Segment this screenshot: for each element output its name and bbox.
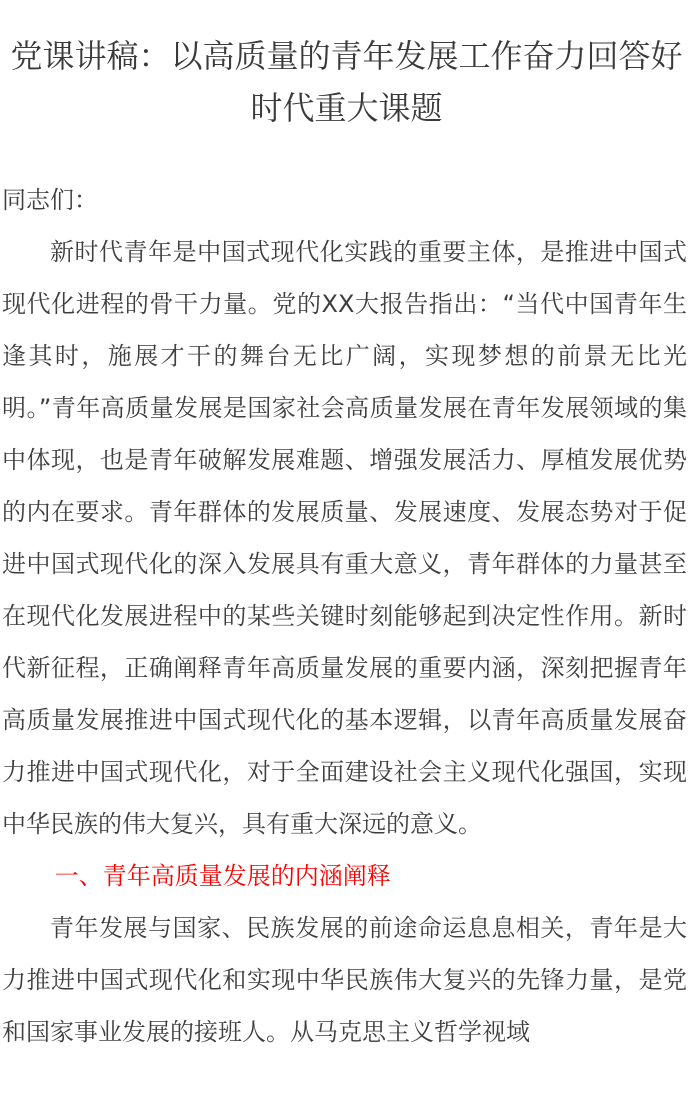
intro-paragraph: 新时代青年是中国式现代化实践的重要主体，是推进中国式现代化进程的骨干力量。党的X… [0, 226, 693, 850]
section-heading: 一、青年高质量发展的内涵阐释 [0, 850, 693, 902]
document-page: 党课讲稿：以高质量的青年发展工作奋力回答好时代重大课题 同志们： 新时代青年是中… [0, 0, 693, 1058]
section-paragraph: 青年发展与国家、民族发展的前途命运息息相关，青年是大力推进中国式现代化和实现中华… [0, 902, 693, 1058]
greeting: 同志们： [0, 174, 693, 226]
document-title: 党课讲稿：以高质量的青年发展工作奋力回答好时代重大课题 [0, 0, 693, 134]
